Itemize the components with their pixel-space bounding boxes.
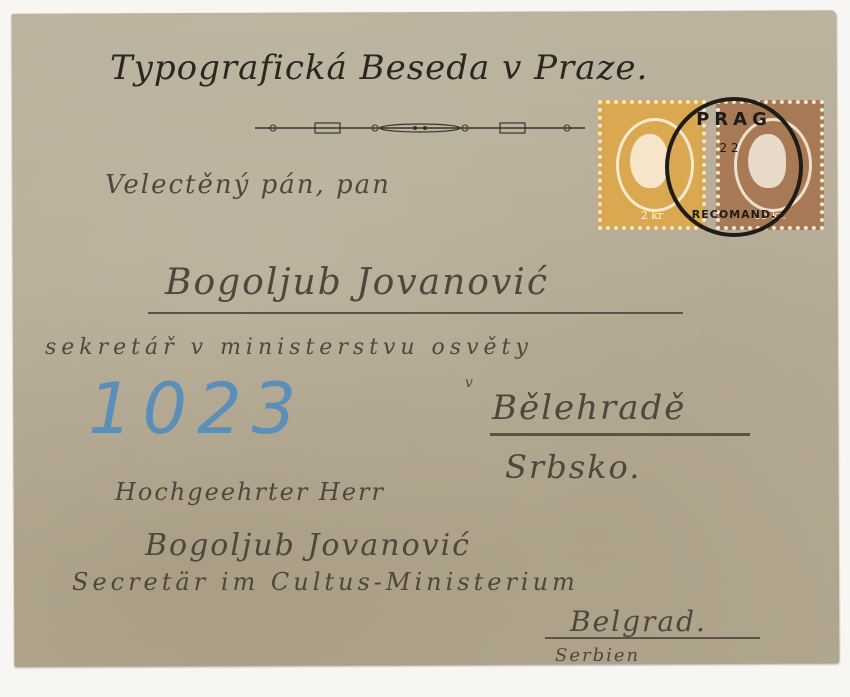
german-city: Belgrad. bbox=[570, 605, 707, 638]
czech-recipient-title: sekretář v ministerstvu osvěty bbox=[45, 335, 533, 360]
czech-country: Srbsko. bbox=[505, 448, 641, 486]
czech-salutation: Velectěný pán, pan bbox=[105, 170, 391, 200]
german-country: Serbien bbox=[555, 645, 640, 666]
name-underline bbox=[148, 312, 683, 314]
registration-number: 1023 bbox=[88, 368, 306, 450]
postmark-label: RECOMAND. bbox=[669, 208, 799, 221]
german-salutation: Hochgeehrter Herr bbox=[115, 478, 385, 506]
printed-letterhead: Typografická Beseda v Praze. bbox=[110, 48, 750, 88]
czech-city-prefix: v bbox=[465, 375, 475, 391]
german-city-underline bbox=[545, 637, 760, 639]
czech-city: Bělehradě bbox=[492, 388, 686, 428]
city-underline bbox=[490, 433, 750, 436]
postmark: PRAG 2 2 RECOMAND. bbox=[665, 97, 803, 237]
german-recipient-title: Secretär im Cultus-Ministerium bbox=[72, 568, 579, 596]
postmark-city: PRAG bbox=[669, 109, 799, 130]
postmark-date: 2 2 bbox=[719, 141, 739, 155]
stamp-portrait-icon bbox=[630, 134, 668, 188]
ornament-divider-icon bbox=[255, 121, 585, 135]
german-recipient-name: Bogoljub Jovanović bbox=[145, 528, 471, 563]
czech-recipient-name: Bogoljub Jovanović bbox=[165, 262, 549, 303]
